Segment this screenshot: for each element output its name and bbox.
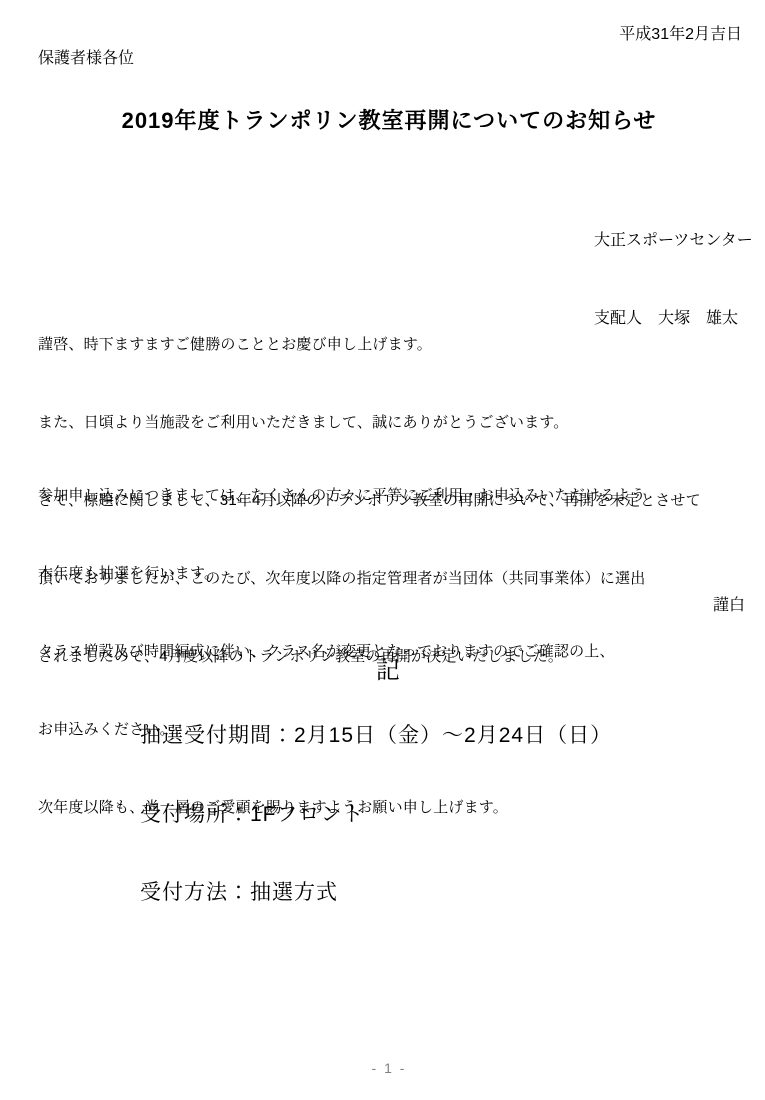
notice-document-page: 平成31年2月吉日 保護者様各位 2019年度トランポリン教室再開についてのお知…: [0, 0, 765, 1100]
page-number: - 1 -: [38, 1060, 740, 1076]
document-date: 平成31年2月吉日: [619, 21, 742, 44]
body-line: 本年度も抽選を行います。: [38, 561, 740, 587]
document-title: 2019年度トランポリン教室再開についてのお知らせ: [38, 104, 740, 135]
recipient-line: 保護者様各位: [38, 45, 134, 68]
detail-reception-place: 受付場所：1Fフロント: [140, 798, 365, 828]
body-line: 参加申し込みにつきましては、たくさんの方々に平等にご利用・お申込みいただけるよう: [38, 483, 740, 509]
body-line: 謹啓、時下ますますご健勝のこととお慶び申し上げます。: [38, 332, 740, 358]
detail-lottery-period: 抽選受付期間：2月15日（金）～2月24日（日）: [140, 719, 612, 749]
closing-word: 謹白: [713, 592, 745, 615]
sender-organization: 大正スポーツセンター: [594, 228, 753, 254]
record-marker: 記: [38, 650, 740, 685]
detail-reception-method: 受付方法：抽選方式: [140, 876, 338, 906]
